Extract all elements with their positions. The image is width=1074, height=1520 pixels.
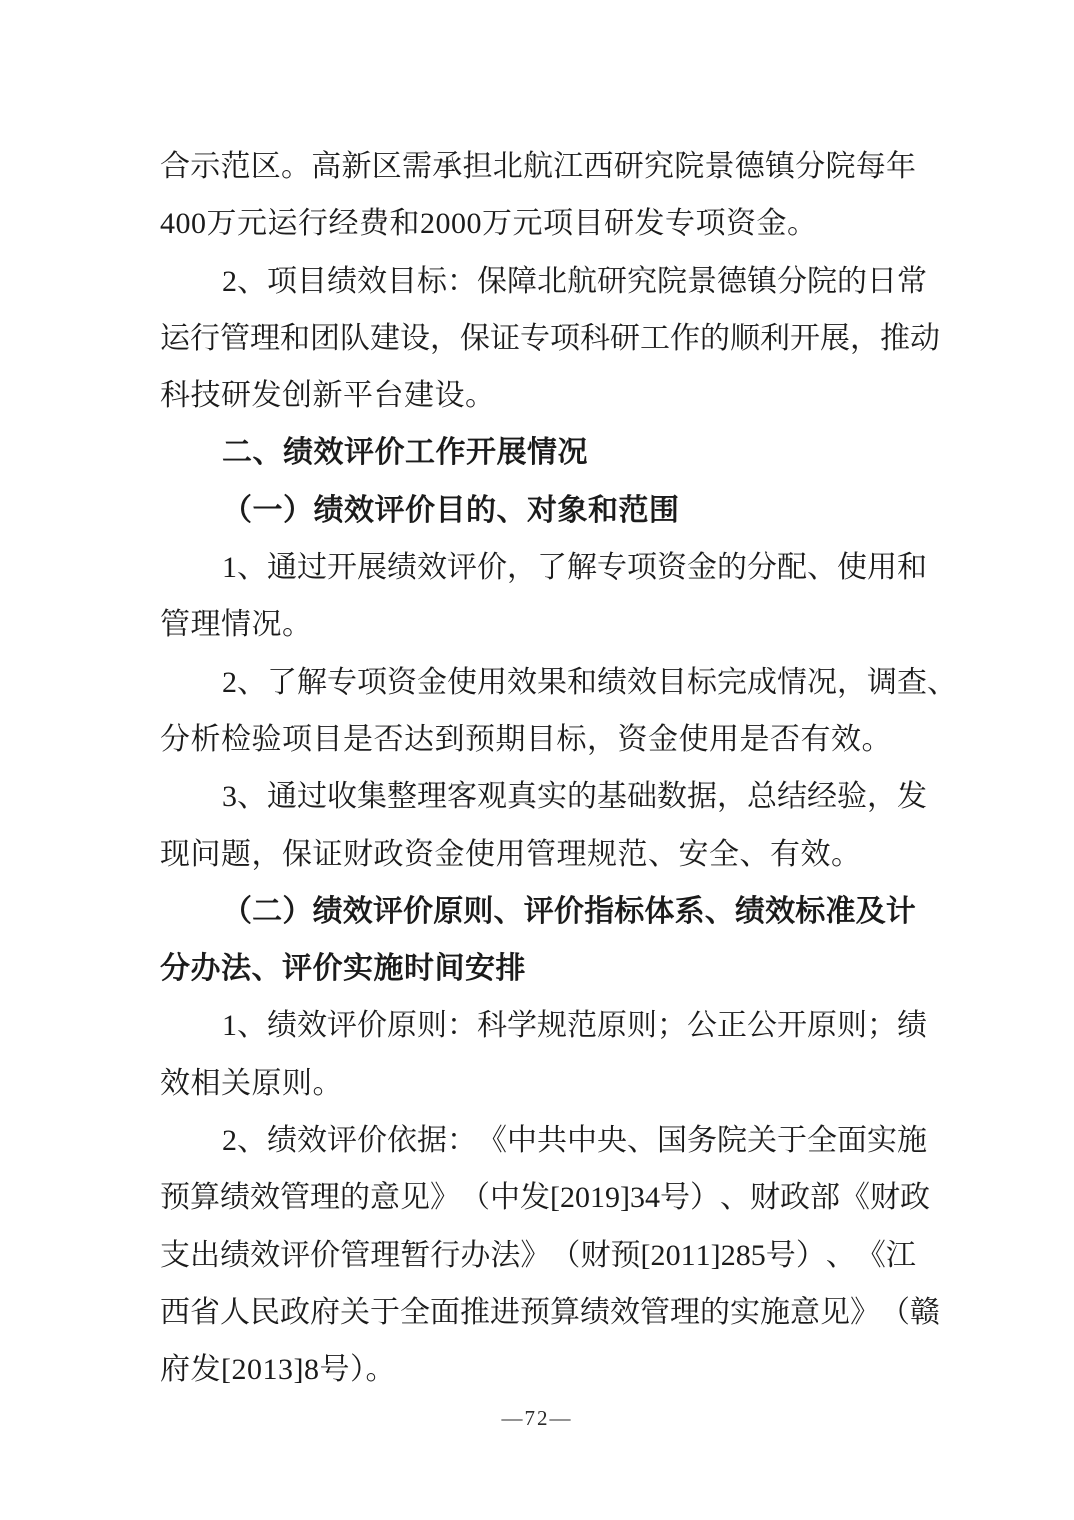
text-line: 2、了解专项资金使用效果和绩效目标完成情况，调查、 [160,654,916,711]
text-line: 2、绩效评价依据：《中共中央、国务院关于全面实施 [160,1112,916,1169]
text-line: 预算绩效管理的意见》（中发[2019]34号）、财政部《财政 [160,1169,916,1226]
text-line: 运行管理和团队建设，保证专项科研工作的顺利开展，推动 [160,310,916,367]
text-line: 1、通过开展绩效评价，了解专项资金的分配、使用和 [160,539,916,596]
text-line: 科技研发创新平台建设。 [160,367,916,424]
text-line: 现问题，保证财政资金使用管理规范、安全、有效。 [160,826,916,883]
text-line: 400万元运行经费和2000万元项目研发专项资金。 [160,195,916,252]
text-line: 西省人民政府关于全面推进预算绩效管理的实施意见》（赣 [160,1284,916,1341]
heading-line: （一）绩效评价目的、对象和范围 [160,482,916,539]
heading-line: （二）绩效评价原则、评价指标体系、绩效标准及计 [160,883,916,940]
text-line: 府发[2013]8号）。 [160,1341,916,1398]
text-line: 2、项目绩效目标：保障北航研究院景德镇分院的日常 [160,253,916,310]
document-body: 合示范区。高新区需承担北航江西研究院景德镇分院每年400万元运行经费和2000万… [160,138,916,1399]
document-page: 合示范区。高新区需承担北航江西研究院景德镇分院每年400万元运行经费和2000万… [0,0,1074,1520]
page-footer: —72— [0,1406,1074,1431]
heading-line: 分办法、评价实施时间安排 [160,940,916,997]
heading-line: 二、绩效评价工作开展情况 [160,424,916,481]
text-line: 效相关原则。 [160,1055,916,1112]
text-line: 分析检验项目是否达到预期目标，资金使用是否有效。 [160,711,916,768]
page-number: —72— [502,1406,573,1430]
text-line: 合示范区。高新区需承担北航江西研究院景德镇分院每年 [160,138,916,195]
text-line: 管理情况。 [160,596,916,653]
text-line: 1、绩效评价原则：科学规范原则；公正公开原则；绩 [160,997,916,1054]
text-line: 支出绩效评价管理暂行办法》（财预[2011]285号）、《江 [160,1227,916,1284]
text-line: 3、通过收集整理客观真实的基础数据，总结经验，发 [160,768,916,825]
